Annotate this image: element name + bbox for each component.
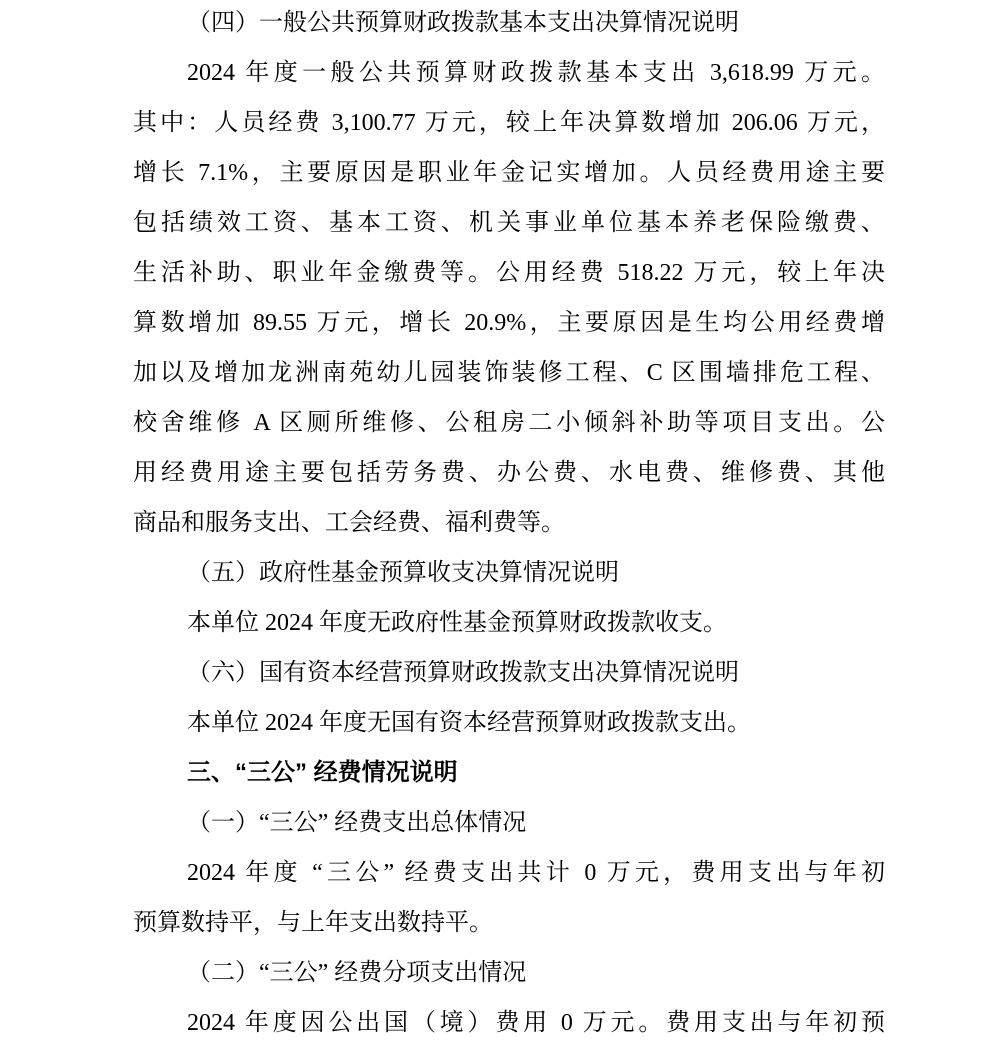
paragraph-line: 其中：人员经费 3,100.77 万元，较上年决算数增加 206.06 万元， xyxy=(133,98,885,148)
paragraph-line: 算数增加 89.55 万元，增长 20.9%，主要原因是生均公用经费增 xyxy=(133,298,885,348)
paragraph-line: 本单位 2024 年度无国有资本经营预算财政拨款支出。 xyxy=(133,698,885,748)
paragraph-line: 预算数持平，与上年支出数持平。 xyxy=(133,898,885,948)
document-page: （四）一般公共预算财政拨款基本支出决算情况说明 2024 年度一般公共预算财政拨… xyxy=(0,0,1000,1041)
paragraph-line: 校舍维修 A 区厕所维修、公租房二小倾斜补助等项目支出。公 xyxy=(133,398,885,448)
paragraph-line: 2024 年度一般公共预算财政拨款基本支出 3,618.99 万元。 xyxy=(133,48,885,98)
heading-subsection-2: （二）“三公” 经费分项支出情况 xyxy=(133,948,885,998)
paragraph-line: 本单位 2024 年度无政府性基金预算财政拨款收支。 xyxy=(133,598,885,648)
paragraph-line: 商品和服务支出、工会经费、福利费等。 xyxy=(133,498,885,548)
heading-section-4: （四）一般公共预算财政拨款基本支出决算情况说明 xyxy=(133,0,885,48)
paragraph-line: 加以及增加龙洲南苑幼儿园装饰装修工程、C 区围墙排危工程、 xyxy=(133,348,885,398)
heading-section-6: （六）国有资本经营预算财政拨款支出决算情况说明 xyxy=(133,648,885,698)
paragraph-line: 2024 年度因公出国（境）费用 0 万元。费用支出与年初预 xyxy=(133,998,885,1043)
paragraph-line: 生活补助、职业年金缴费等。公用经费 518.22 万元，较上年决 xyxy=(133,248,885,298)
paragraph-line: 包括绩效工资、基本工资、机关事业单位基本养老保险缴费、 xyxy=(133,198,885,248)
paragraph-line: 增长 7.1%，主要原因是职业年金记实增加。人员经费用途主要 xyxy=(133,148,885,198)
heading-section-5: （五）政府性基金预算收支决算情况说明 xyxy=(133,548,885,598)
heading-three-gong-fees: 三、“三公” 经费情况说明 xyxy=(133,748,885,798)
heading-subsection-1: （一）“三公” 经费支出总体情况 xyxy=(133,798,885,848)
paragraph-line: 2024 年度 “三公” 经费支出共计 0 万元，费用支出与年初 xyxy=(133,848,885,898)
paragraph-line: 用经费用途主要包括劳务费、办公费、水电费、维修费、其他 xyxy=(133,448,885,498)
